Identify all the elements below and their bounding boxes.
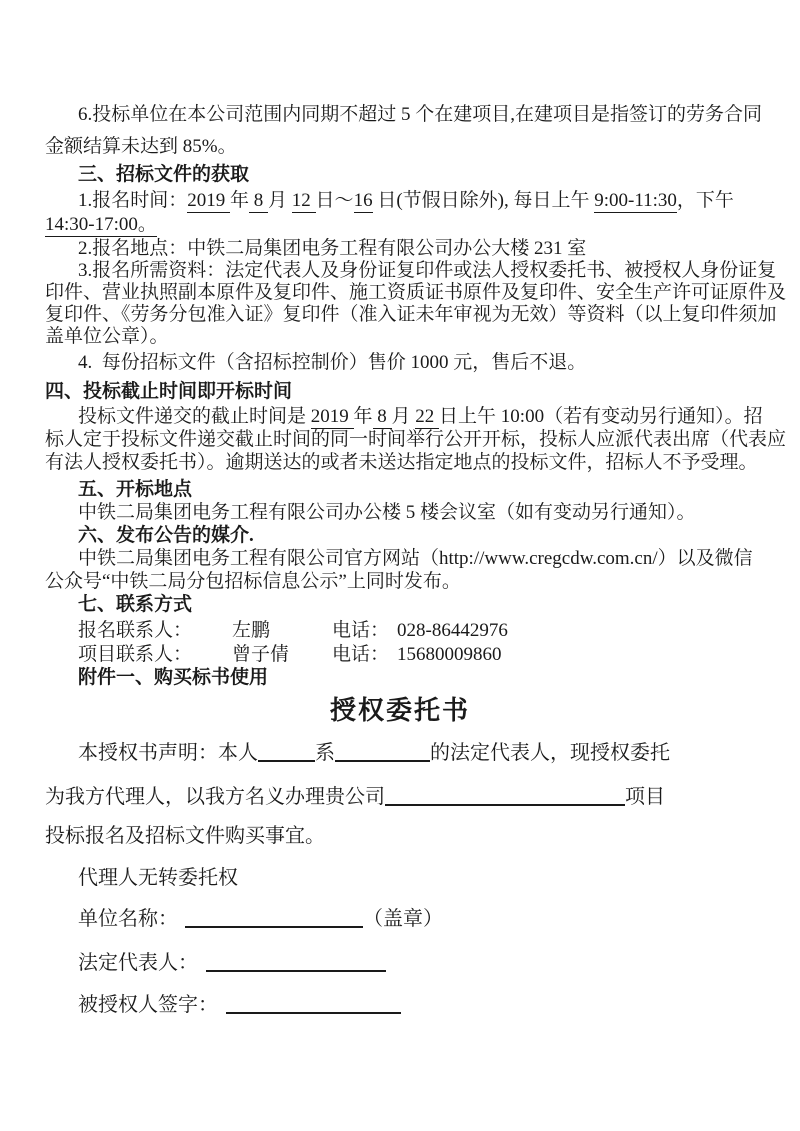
deadline-prefix: 投标文件递交的截止时间是 (78, 406, 311, 427)
blank-principal-name (258, 740, 315, 762)
media-line2: 公众号“中铁二局分包招标信息公示”上同时发布。 (45, 570, 461, 594)
heading-section6: 六、发布公告的媒介. (78, 524, 254, 548)
deadline-year-cn: 年 (354, 406, 373, 427)
heading-section3: 三、招标文件的获取 (78, 163, 249, 187)
pm-hours-underlined: 14:30-17:00。 (45, 214, 157, 237)
deadline-month: 8 (373, 406, 392, 429)
company-name-label: 单位名称： (78, 908, 178, 930)
signup-day-to: 16 (354, 190, 373, 213)
signup-year-cn: 年 (230, 190, 249, 211)
declaration-line3: 投标报名及招标文件购买事宜。 (45, 824, 325, 849)
line2-p1: 为我方代理人，以我方名义办理贵公司 (45, 786, 385, 808)
contact-name: 曾子倩 (232, 643, 332, 667)
attachment-title: 授权委托书 (0, 690, 800, 727)
contact-name: 左鹏 (232, 619, 332, 643)
company-seal-suffix: （盖章） (363, 908, 443, 930)
signup-middle: 日(节假日除外), 每日上午 (373, 190, 595, 211)
declaration-line2: 为我方代理人，以我方名义办理贵公司项目 (45, 784, 665, 810)
signup-time-line: 1.报名时间：2019 年 8 月 12 日～16 日(节假日除外), 每日上午… (78, 189, 734, 213)
deadline-line3: 有法人授权委托书）。逾期送达的或者未送达指定地点的投标文件，招标人不予受理。 (45, 451, 758, 475)
contact-phone-number: 15680009860 (389, 644, 502, 665)
document-page: 6.投标单位在本公司范围内同期不超过 5 个在建项目,在建项目是指签订的劳务合同… (0, 0, 800, 1131)
materials-line3: 复印件、《劳务分包准入证》复印件（准入证未年审视为无效）等资料（以上复印件须加 (45, 303, 777, 327)
clause6-line1: 6.投标单位在本公司范围内同期不超过 5 个在建项目,在建项目是指签订的劳务合同 (78, 103, 762, 127)
open-place-line: 中铁二局集团电务工程有限公司办公楼 5 楼会议室（如有变动另行通知）。 (78, 501, 696, 525)
heading-section7: 七、联系方式 (78, 593, 192, 617)
deadline-line1: 投标文件递交的截止时间是 2019 年 8 月 22 日上午 10:00（若有变… (78, 405, 763, 429)
declaration-p1: 本授权书声明：本人 (78, 742, 258, 764)
materials-line2: 印件、营业执照副本原件及复印件、施工资质证书原件及复印件、安全生产许可证原件及 (45, 281, 786, 305)
signup-day-sep: 日～ (316, 190, 354, 211)
authorized-sign-line: 被授权人签字： (78, 992, 401, 1018)
deadline-month-cn: 月 (392, 406, 416, 427)
deadline-year: 2019 (311, 406, 354, 429)
contact-row-project: 项目联系人：曾子倩电话：15680009860 (78, 643, 502, 667)
blank-project-name (385, 784, 625, 806)
legal-rep-label: 法定代表人： (78, 952, 198, 974)
signup-time-prefix: 1.报名时间： (78, 190, 187, 211)
declaration-p2: 系 (315, 742, 335, 764)
blank-legal-rep-signature (206, 950, 386, 972)
no-sub-delegation-line: 代理人无转委托权 (78, 866, 238, 891)
contact-label: 项目联系人： (78, 643, 232, 667)
heading-section4: 四、投标截止时间即开标时间 (45, 380, 292, 404)
signup-place-line: 2.报名地点：中铁二局集团电务工程有限公司办公大楼 231 室 (78, 237, 586, 261)
contact-phone-number: 028-86442976 (389, 620, 508, 641)
contact-phone-label: 电话： (332, 620, 389, 641)
heading-section5: 五、开标地点 (78, 478, 192, 502)
deadline-day: 22 (415, 406, 439, 429)
deadline-tail: 日上午 10:00（若有变动另行通知）。招 (439, 406, 763, 427)
blank-company-seal-name (185, 906, 363, 928)
signup-tail: ，下午 (677, 190, 734, 211)
company-name-line: 单位名称：（盖章） (78, 906, 443, 932)
signup-year: 2019 (187, 190, 230, 213)
authorized-sign-label: 被授权人签字： (78, 994, 218, 1016)
signup-month-cn: 月 (268, 190, 292, 211)
price-line: 4. 每份招标文件（含招标控制价）售价 1000 元，售后不退。 (78, 351, 586, 375)
clause6-line2: 金额结算未达到 85%。 (45, 135, 237, 159)
line2-p2: 项目 (625, 786, 665, 808)
contact-row-signup: 报名联系人：左鹏电话：028-86442976 (78, 619, 508, 643)
media-line1: 中铁二局集团电务工程有限公司官方网站（http://www.cregcdw.co… (78, 547, 753, 571)
deadline-line2: 标人定于投标文件递交截止时间的同一时间举行公开开标，投标人应派代表出席（代表应 (45, 428, 786, 452)
signup-month: 8 (249, 190, 268, 213)
signup-pm-hours: 14:30-17:00。 (45, 213, 157, 237)
legal-rep-line: 法定代表人： (78, 950, 386, 976)
blank-company-name (335, 740, 430, 762)
materials-line4: 盖单位公章）。 (45, 325, 169, 349)
blank-authorized-signature (226, 992, 401, 1014)
signup-am-hours: 9:00-11:30 (594, 190, 677, 213)
contact-phone-label: 电话： (332, 644, 389, 665)
declaration-line1: 本授权书声明：本人系的法定代表人，现授权委托 (78, 740, 670, 766)
declaration-p3: 的法定代表人，现授权委托 (430, 742, 670, 764)
materials-line1: 3.报名所需资料：法定代表人及身份证复印件或法人授权委托书、被授权人身份证复 (78, 259, 776, 283)
attachment-heading: 附件一、购买标书使用 (78, 666, 268, 690)
signup-day-from: 12 (292, 190, 316, 213)
contact-label: 报名联系人： (78, 619, 232, 643)
